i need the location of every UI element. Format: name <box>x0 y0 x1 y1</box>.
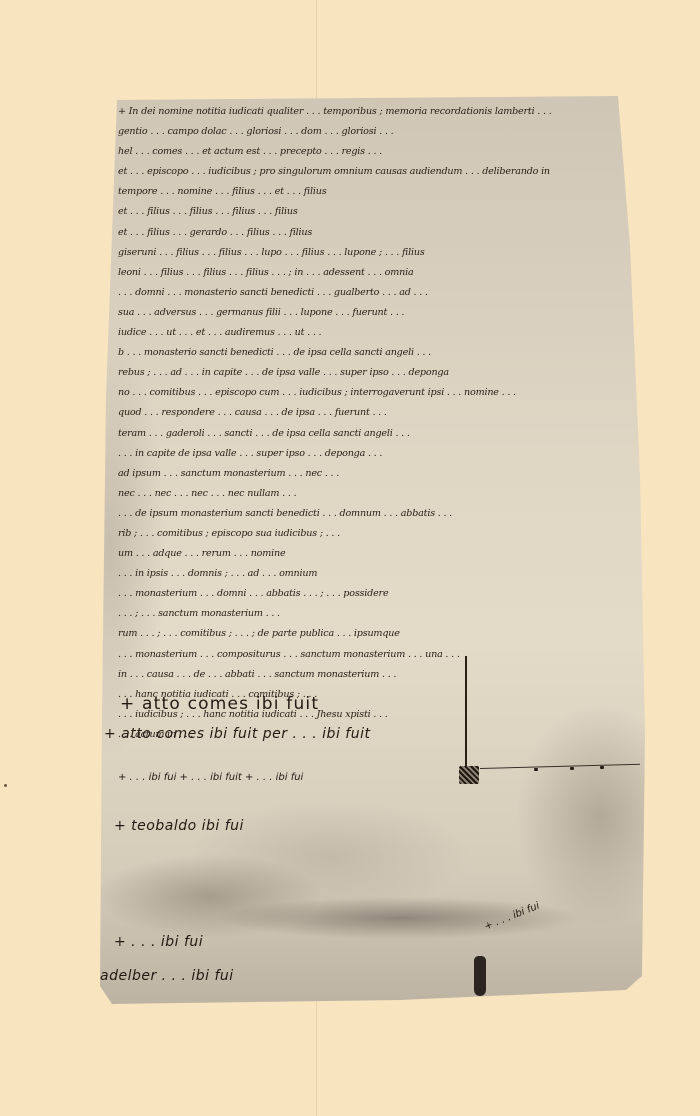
parchment-document: + In dei nomine notitia iudicati qualite… <box>100 96 645 1004</box>
text-line: tempore . . . nomine . . . filius . . . … <box>118 182 633 202</box>
text-line: hel . . . comes . . . et actum est . . .… <box>118 142 633 162</box>
signature-line: + . . . ibi fui + . . . ibi fuit + . . .… <box>118 772 303 783</box>
text-line: . . . ; . . . sanctum monasterium . . . <box>118 604 633 624</box>
text-line: giseruni . . . filius . . . filius . . .… <box>118 243 633 263</box>
text-line: ad ipsum . . . sanctum monasterium . . .… <box>118 464 633 484</box>
text-line: b . . . monasterio sancti benedicti . . … <box>118 343 633 363</box>
text-line: . . . domni . . . monasterio sancti bene… <box>118 283 633 303</box>
text-line: + In dei nomine notitia iudicati qualite… <box>118 102 633 122</box>
signature-line: + atto comes ibi fuit <box>120 694 319 714</box>
signature-line: + . . . ibi fui <box>483 901 541 933</box>
text-line: rebus ; . . . ad . . . in capite . . . d… <box>118 363 633 383</box>
text-line: nec . . . nec . . . nec . . . nec nullam… <box>118 484 633 504</box>
text-line: . . . de ipsum monasterium sancti benedi… <box>118 504 633 524</box>
text-line: . . . in capite de ipsa valle . . . supe… <box>118 444 633 464</box>
text-line: teram . . . gaderoli . . . sancti . . . … <box>118 424 633 444</box>
text-line: sua . . . adversus . . . germanus filii … <box>118 303 633 323</box>
signature-line: + atto comes ibi fuit per . . . ibi fuit <box>104 726 370 742</box>
text-line: quod . . . respondere . . . causa . . . … <box>118 403 633 423</box>
text-line: in . . . causa . . . de . . . abbati . .… <box>118 665 633 685</box>
ink-stain <box>474 956 486 996</box>
text-line: et . . . filius . . . gerardo . . . fili… <box>118 223 633 243</box>
signature-line: + teobaldo ibi fui <box>114 818 244 834</box>
text-line: no . . . comitibus . . . episcopo cum . … <box>118 383 633 403</box>
seal-cord <box>465 656 467 768</box>
cord-knot <box>570 767 574 770</box>
cord-line <box>480 764 640 769</box>
text-line: gentio . . . campo dolac . . . gloriosi … <box>118 122 633 142</box>
seal-mark-icon <box>459 766 479 784</box>
text-line: leoni . . . filius . . . filius . . . fi… <box>118 263 633 283</box>
text-line: iudice . . . ut . . . et . . . audiremus… <box>118 323 633 343</box>
stray-mark <box>4 784 7 787</box>
charter-body-text: + In dei nomine notitia iudicati qualite… <box>118 102 633 745</box>
text-line: um . . . adque . . . rerum . . . nomine <box>118 544 633 564</box>
text-line: . . . monasterium . . . compositurus . .… <box>118 645 633 665</box>
cord-knot <box>534 768 538 771</box>
text-line: . . . in ipsis . . . domnis ; . . . ad .… <box>118 564 633 584</box>
text-line: . . . monasterium . . . domni . . . abba… <box>118 584 633 604</box>
signature-line: + . . . ibi fui <box>114 934 203 950</box>
text-line: et . . . filius . . . filius . . . filiu… <box>118 202 633 222</box>
text-line: rum . . . ; . . . comitibus ; . . . ; de… <box>118 624 633 644</box>
text-line: rib ; . . . comitibus ; episcopo sua iud… <box>118 524 633 544</box>
cord-knot <box>600 766 604 769</box>
text-line: et . . . episcopo . . . iudicibus ; pro … <box>118 162 633 182</box>
signature-line: adelber . . . ibi fui <box>100 968 234 984</box>
